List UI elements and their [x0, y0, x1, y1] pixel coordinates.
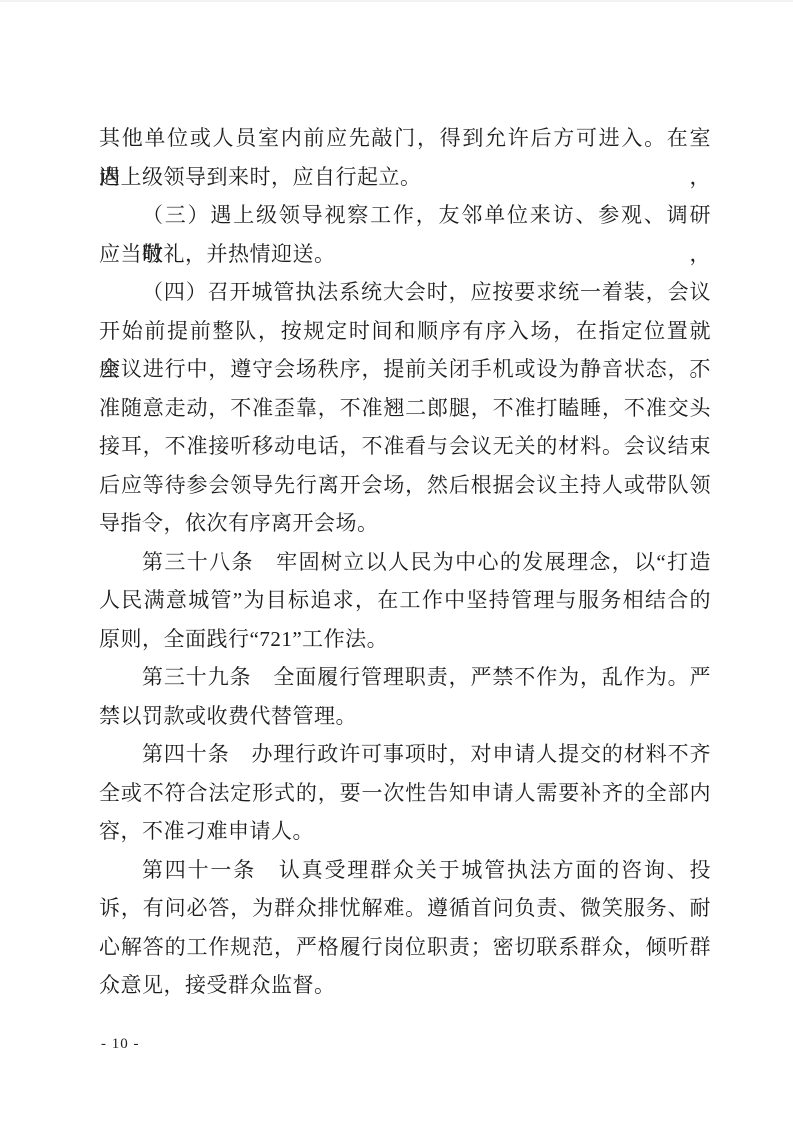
- text-line: 原则，全面践行“721”工作法。: [99, 620, 711, 659]
- text-line: 导指令，依次有序离开会场。: [99, 504, 711, 543]
- text-line: 准随意走动，不准歪靠，不准翘二郎腿，不准打瞌睡，不准交头: [99, 389, 711, 428]
- text-line: 诉，有问必答，为群众排忧解难。遵循首问负责、微笑服务、耐: [99, 889, 711, 928]
- text-line: 众意见，接受群众监督。: [99, 966, 711, 1005]
- text-line: 第四十一条 认真受理群众关于城管执法方面的咨询、投: [99, 851, 711, 890]
- text-line: 第三十九条 全面履行管理职责，严禁不作为，乱作为。严: [99, 658, 711, 697]
- text-line: 其他单位或人员室内前应先敲门，得到允许后方可进入。在室内，: [99, 119, 711, 158]
- scan-edge-artifact: [0, 0, 793, 2]
- text-line: 接耳，不准接听移动电话，不准看与会议无关的材料。会议结束: [99, 427, 711, 466]
- page-number: - 10 -: [101, 1036, 140, 1052]
- text-line: 开始前提前整队，按规定时间和顺序有序入场，在指定位置就座。: [99, 312, 711, 351]
- body-text-block: 其他单位或人员室内前应先敲门，得到允许后方可进入。在室内，遇上级领导到来时，应自…: [99, 119, 711, 1005]
- text-line: 禁以罚款或收费代替管理。: [99, 697, 711, 736]
- document-page: 其他单位或人员室内前应先敲门，得到允许后方可进入。在室内，遇上级领导到来时，应自…: [0, 0, 793, 1122]
- text-line: （四）召开城管执法系统大会时，应按要求统一着装，会议: [99, 273, 711, 312]
- text-line: 第四十条 办理行政许可事项时，对申请人提交的材料不齐: [99, 735, 711, 774]
- text-line: 人民满意城管”为目标追求，在工作中坚持管理与服务相结合的: [99, 581, 711, 620]
- text-line: 会议进行中，遵守会场秩序，提前关闭手机或设为静音状态，不: [99, 350, 711, 389]
- page-footer: - 10 -: [101, 1036, 140, 1053]
- text-line: 第三十八条 牢固树立以人民为中心的发展理念，以“打造: [99, 543, 711, 582]
- text-line: （三）遇上级领导视察工作，友邻单位来访、参观、调研时，: [99, 196, 711, 235]
- text-line: 容，不准刁难申请人。: [99, 812, 711, 851]
- text-line: 心解答的工作规范，严格履行岗位职责；密切联系群众，倾听群: [99, 928, 711, 967]
- text-line: 全或不符合法定形式的，要一次性告知申请人需要补齐的全部内: [99, 774, 711, 813]
- text-line: 后应等待参会领导先行离开会场，然后根据会议主持人或带队领: [99, 466, 711, 505]
